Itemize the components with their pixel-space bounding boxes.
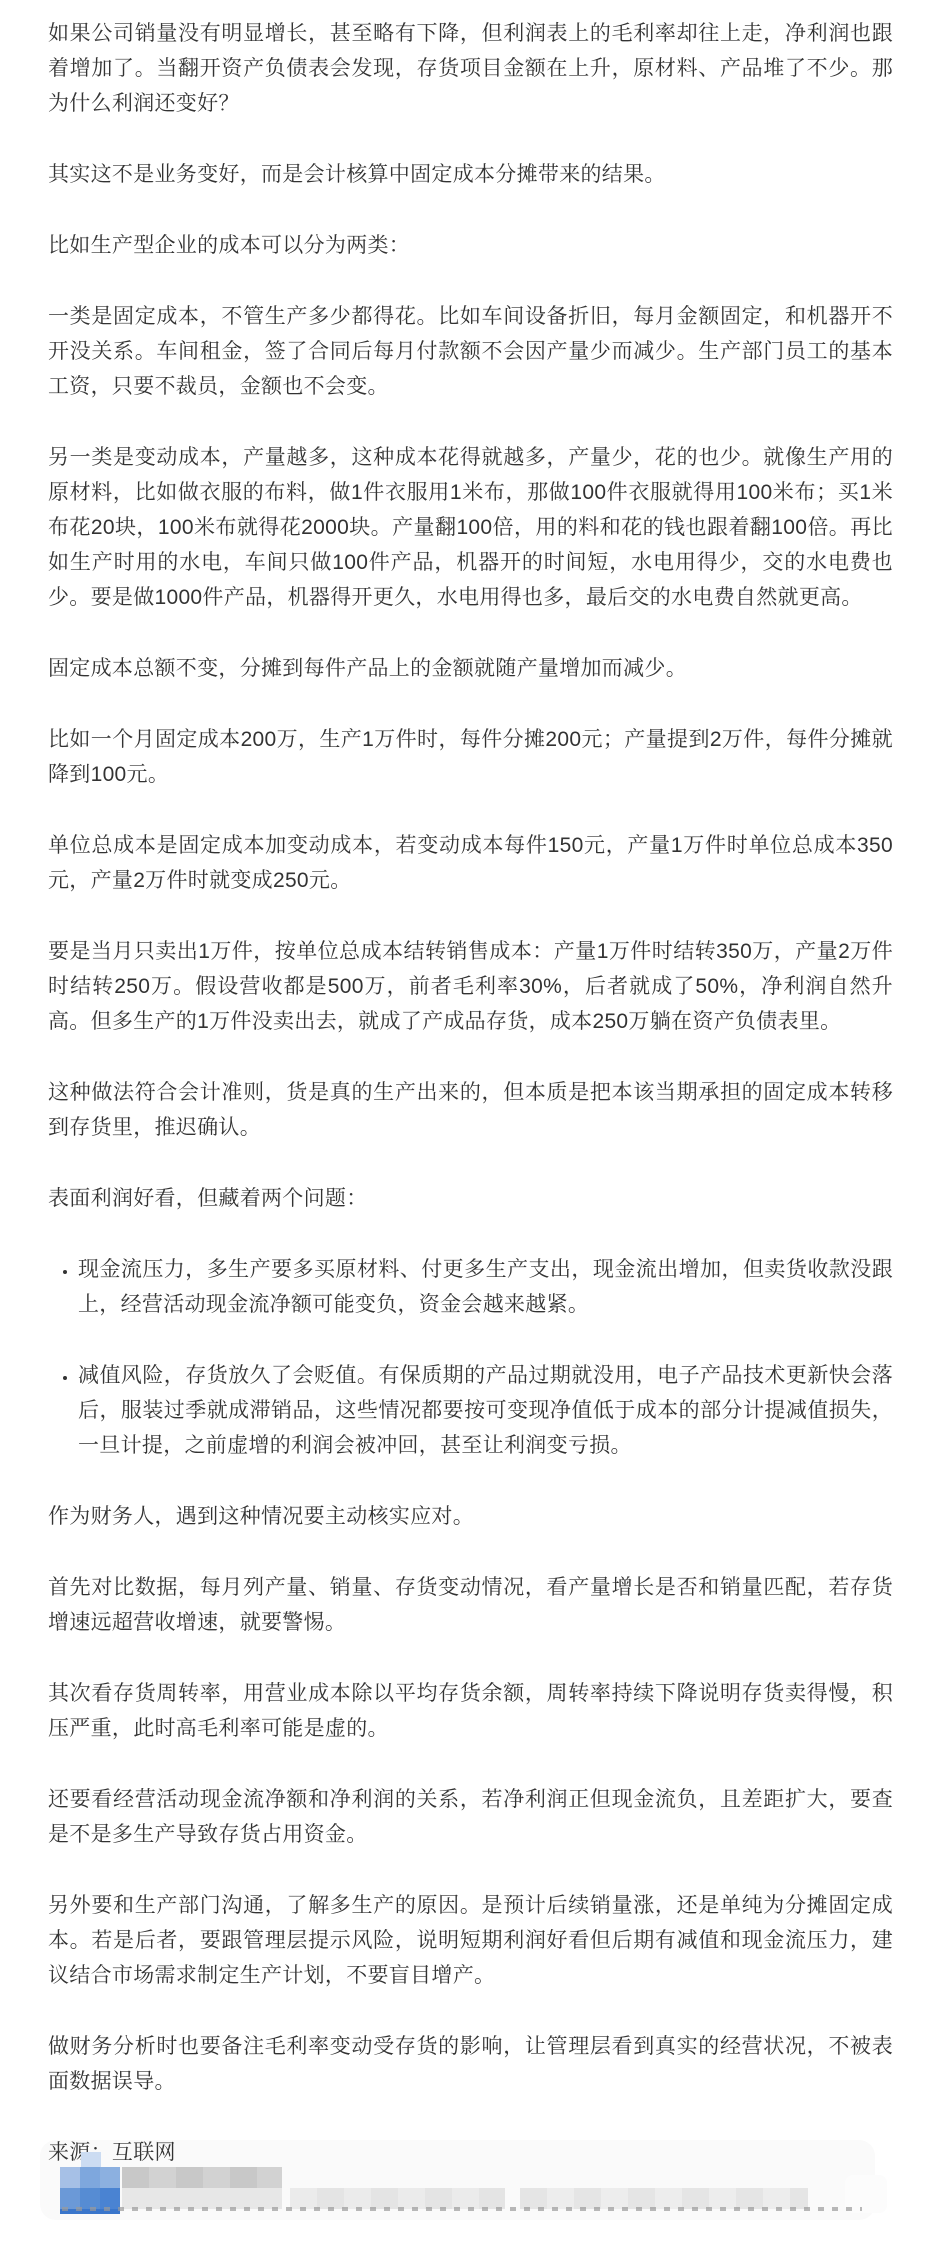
paragraph: 其次看存货周转率，用营业成本除以平均存货余额，周转率持续下降说明存货卖得慢，积压… [48, 1676, 893, 1746]
paragraph: 首先对比数据，每月列产量、销量、存货变动情况，看产量增长是否和销量匹配，若存货增… [48, 1570, 893, 1640]
redacted-text-bar [122, 2188, 282, 2209]
redacted-fine-text-strip [62, 2207, 862, 2211]
risk-bullet-list: 现金流压力，多生产要多买原材料、付更多生产支出，现金流出增加，但卖货收款没跟上，… [48, 1252, 893, 1463]
paragraph: 要是当月只卖出1万件，按单位总成本结转销售成本：产量1万件时结转350万，产量2… [48, 934, 893, 1039]
redacted-avatar-block [100, 2188, 120, 2209]
redacted-text-bar [290, 2188, 505, 2209]
redacted-text-bar [122, 2167, 282, 2188]
paragraph: 单位总成本是固定成本加变动成本，若变动成本每件150元，产量1万件时单位总成本3… [48, 828, 893, 898]
paragraph: 做财务分析时也要备注毛利率变动受存货的影响，让管理层看到真实的经营状况，不被表面… [48, 2029, 893, 2099]
redacted-avatar-block [60, 2188, 80, 2209]
paragraph: 比如一个月固定成本200万，生产1万件时，每件分摊200元；产量提到2万件，每件… [48, 722, 893, 792]
list-item: 现金流压力，多生产要多买原材料、付更多生产支出，现金流出增加，但卖货收款没跟上，… [78, 1252, 893, 1322]
paragraph: 如果公司销量没有明显增长，甚至略有下降，但利润表上的毛利率却往上走，净利润也跟着… [48, 16, 893, 121]
paragraph: 这种做法符合会计准则，货是真的生产出来的，但本质是把本该当期承担的固定成本转移到… [48, 1075, 893, 1145]
article-body: 如果公司销量没有明显增长，甚至略有下降，但利润表上的毛利率却往上走，净利润也跟着… [0, 0, 939, 2099]
paragraph: 作为财务人，遇到这种情况要主动核实应对。 [48, 1499, 893, 1534]
redacted-avatar-block [81, 2152, 101, 2167]
source-line: 来源：互联网 [48, 2135, 893, 2170]
paragraph: 还要看经营活动现金流净额和净利润的关系，若净利润正但现金流负，且差距扩大，要查是… [48, 1782, 893, 1852]
paragraph: 一类是固定成本，不管生产多少都得花。比如车间设备折旧，每月金额固定，和机器开不开… [48, 299, 893, 404]
paragraph: 比如生产型企业的成本可以分为两类： [48, 228, 893, 263]
paragraph: 另一类是变动成本，产量越多，这种成本花得就越多，产量少，花的也少。就像生产用的原… [48, 440, 893, 615]
paragraph: 另外要和生产部门沟通，了解多生产的原因。是预计后续销量涨，还是单纯为分摊固定成本… [48, 1888, 893, 1993]
redacted-avatar-block [80, 2188, 100, 2209]
redacted-avatar-block [80, 2167, 100, 2188]
paragraph: 表面利润好看，但藏着两个问题： [48, 1181, 893, 1216]
redacted-text-bar [520, 2188, 808, 2209]
paragraph: 固定成本总额不变，分摊到每件产品上的金额就随产量增加而减少。 [48, 651, 893, 686]
paragraph: 其实这不是业务变好，而是会计核算中固定成本分摊带来的结果。 [48, 157, 893, 192]
redacted-avatar-block [100, 2167, 120, 2188]
list-item: 减值风险，存货放久了会贬值。有保质期的产品过期就没用，电子产品技术更新快会落后，… [78, 1358, 893, 1463]
article-footer: 来源：互联网 [48, 2135, 893, 2225]
redacted-avatar-block [60, 2167, 80, 2188]
